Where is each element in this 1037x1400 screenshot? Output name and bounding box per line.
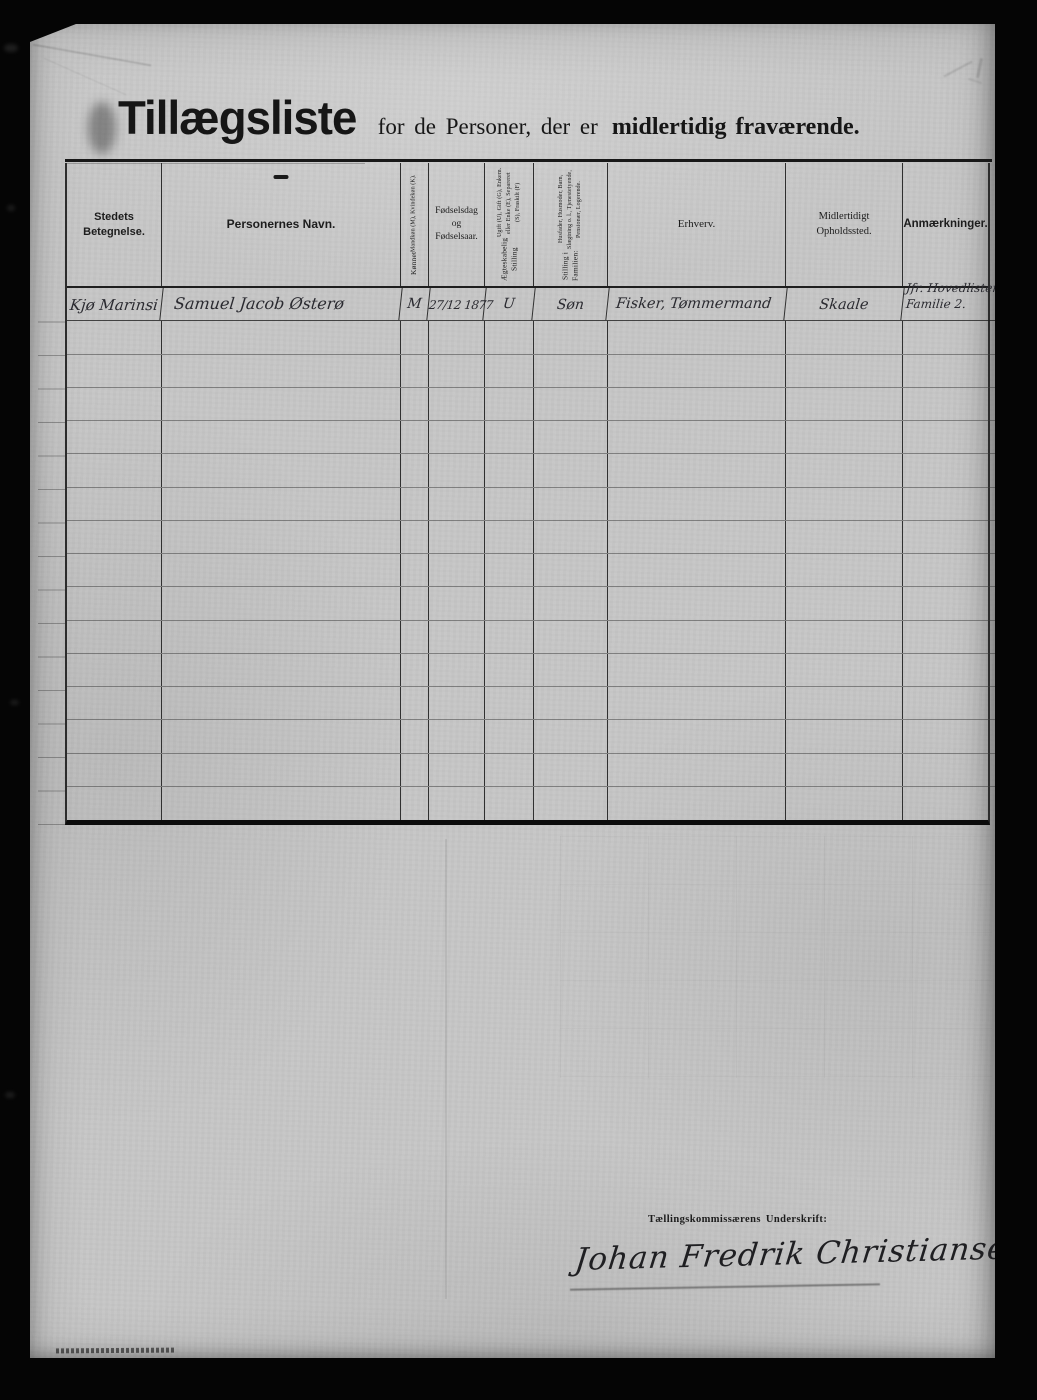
table-cell: Samuel Jacob Østerø [160, 288, 402, 320]
table-cell [534, 687, 608, 719]
table-cell [429, 521, 485, 553]
table-cell [67, 521, 162, 553]
table-cell [786, 355, 903, 387]
table-cell [786, 720, 903, 752]
pencil-mark [943, 61, 972, 78]
table-cell [67, 687, 162, 719]
table-cell: Jfr. HovedlistenFamilie 2. [903, 281, 1000, 313]
table-cell [162, 321, 401, 353]
table-cell [485, 687, 534, 719]
table-cell: U [483, 288, 535, 320]
table-cell [429, 621, 485, 653]
table-cell [162, 754, 401, 786]
table-cell [485, 421, 534, 453]
table-cell [903, 587, 1000, 619]
table-cell [608, 787, 786, 820]
table-cell [485, 754, 534, 786]
table-row [67, 720, 1000, 753]
table-row [67, 754, 1000, 787]
scan-scuff [7, 205, 15, 211]
table-cell [401, 654, 429, 686]
header-family-rotated: Stilling i Familien: Husfader, Husmoder,… [556, 168, 585, 281]
table-cell [429, 321, 485, 353]
census-table: Stedets Betegnelse. Personernes Navn. Kø… [65, 163, 990, 825]
table-cell [67, 488, 162, 520]
table-cell [67, 421, 162, 453]
table-cell [608, 454, 786, 486]
header-name-label: Personernes Navn. [227, 216, 336, 232]
table-cell: Skaale [784, 288, 904, 320]
header-marital-main: Ægteskabelig Stilling [499, 238, 519, 281]
header-birth-line2: og [452, 218, 462, 231]
table-cell [903, 421, 1000, 453]
table-cell [401, 488, 429, 520]
table-row [67, 587, 1000, 620]
table-cell [786, 554, 903, 586]
table-cell [786, 754, 903, 786]
table-cell [485, 521, 534, 553]
horizontal-rule [65, 159, 992, 162]
table-cell: Fisker, Tømmermand [606, 288, 787, 320]
table-cell [67, 554, 162, 586]
table-cell [485, 454, 534, 486]
header-sex-rotated: Kønnet Mandkøn (M), Kvindekøn (K). [408, 168, 420, 281]
table-cell [485, 654, 534, 686]
table-cell [534, 488, 608, 520]
table-cell [903, 787, 1000, 820]
table-cell [608, 687, 786, 719]
table-cell [67, 720, 162, 752]
header-sex-main: Kønnet [409, 252, 419, 275]
table-cell [534, 454, 608, 486]
table-cell [786, 621, 903, 653]
header-stay-line1: Midlertidigt [819, 210, 870, 224]
table-cell [608, 388, 786, 420]
table-cell [162, 587, 401, 619]
header-place-line2: Betegnelse. [83, 225, 145, 240]
table-row [67, 321, 1000, 354]
table-cell [903, 355, 1000, 387]
table-cell [429, 754, 485, 786]
table-cell [903, 554, 1000, 586]
ink-smudge [88, 102, 116, 154]
table-cell [485, 787, 534, 820]
paper-crease [44, 58, 127, 96]
table-cell [903, 388, 1000, 420]
table-cell [162, 421, 401, 453]
table-cell [401, 421, 429, 453]
header-marital-sub: Ugift (U), Gift (G), Enkem. eller Enke (… [496, 168, 523, 238]
table-row [67, 621, 1000, 654]
table-row [67, 554, 1000, 587]
table-cell [67, 587, 162, 619]
table-cell [608, 488, 786, 520]
table-cell [429, 421, 485, 453]
table-cell [534, 355, 608, 387]
table-cell [429, 687, 485, 719]
table-cell [903, 488, 1000, 520]
table-cell [162, 355, 401, 387]
header-sex: Kønnet Mandkøn (M), Kvindekøn (K). [401, 163, 429, 286]
signature-label: Tællingskommissærens Underskrift: [648, 1214, 827, 1225]
table-cell [401, 754, 429, 786]
table-cell [67, 454, 162, 486]
table-cell [903, 754, 1000, 786]
table-cell [534, 621, 608, 653]
header-place: Stedets Betegnelse. [67, 163, 162, 286]
table-cell [67, 621, 162, 653]
table-row [67, 687, 1000, 720]
ruled-line-overflow [38, 289, 65, 825]
signature-flourish [570, 1283, 880, 1290]
table-cell [429, 554, 485, 586]
fold-line [445, 839, 447, 1299]
signature-handwriting: Johan Fredrik Christiansen [573, 1230, 1030, 1278]
table-cell [162, 621, 401, 653]
table-cell [162, 454, 401, 486]
table-cell [608, 554, 786, 586]
table-cell [608, 355, 786, 387]
header-marital: Ægteskabelig Stilling Ugift (U), Gift (G… [485, 163, 534, 286]
table-cell [67, 321, 162, 353]
table-cell [534, 321, 608, 353]
table-cell [903, 521, 1000, 553]
header-birth-line1: Fødselsdag [435, 205, 478, 218]
table-row [67, 388, 1000, 421]
table-cell [429, 488, 485, 520]
header-marital-rotated: Ægteskabelig Stilling Ugift (U), Gift (G… [495, 168, 524, 281]
table-row [67, 654, 1000, 687]
table-cell [429, 454, 485, 486]
table-cell [67, 654, 162, 686]
table-cell [429, 355, 485, 387]
table-body: Kjø MarinsiSamuel Jacob ØsterøM27/12 187… [67, 288, 988, 820]
header-family-sub: Husfader, Husmoder, Barn, Slægtning o. l… [557, 168, 584, 250]
table-cell [608, 654, 786, 686]
table-row [67, 454, 1000, 487]
pencil-mark [976, 58, 983, 78]
table-cell [534, 388, 608, 420]
table-cell [534, 521, 608, 553]
table-cell [401, 554, 429, 586]
table-cell [786, 587, 903, 619]
table-row [67, 521, 1000, 554]
header-birth: Fødselsdag og Fødselsaar. [429, 163, 485, 286]
table-cell [162, 388, 401, 420]
table-row [67, 355, 1000, 388]
table-row [67, 787, 1000, 820]
table-cell [162, 554, 401, 586]
table-header-row: Stedets Betegnelse. Personernes Navn. Kø… [67, 163, 988, 288]
table-cell [534, 787, 608, 820]
table-cell [429, 720, 485, 752]
remark-line: Familie 2. [905, 297, 1001, 313]
table-cell [401, 521, 429, 553]
scan-scuff [4, 44, 18, 52]
table-row: Kjø MarinsiSamuel Jacob ØsterøM27/12 187… [67, 288, 1000, 321]
table-cell [401, 687, 429, 719]
table-cell [786, 654, 903, 686]
table-cell [786, 687, 903, 719]
header-family-main: Stilling i Familien: [560, 250, 580, 281]
table-cell [162, 488, 401, 520]
table-cell [67, 754, 162, 786]
table-cell [429, 388, 485, 420]
table-cell [162, 787, 401, 820]
table-cell [608, 421, 786, 453]
table-cell [608, 754, 786, 786]
table-cell [485, 554, 534, 586]
table-cell [485, 587, 534, 619]
header-occupation: Erhverv. [608, 163, 786, 286]
scanned-form-page: Tillægsliste for de Personer, der er mid… [30, 24, 995, 1358]
table-row [67, 421, 1000, 454]
show-through-grid [560, 836, 992, 1078]
table-cell: M [399, 288, 430, 320]
remark-line: Jfr. Hovedlisten [905, 281, 1001, 297]
title-emphasis: midlertidig fraværende. [612, 114, 860, 141]
pencil-mark [968, 78, 982, 84]
table-cell [401, 621, 429, 653]
header-occupation-label: Erhverv. [678, 217, 715, 232]
table-cell [429, 787, 485, 820]
table-cell [608, 587, 786, 619]
table-cell [429, 654, 485, 686]
table-cell [485, 488, 534, 520]
ink-dash-mark [274, 175, 289, 179]
table-cell [401, 720, 429, 752]
table-cell [786, 321, 903, 353]
table-cell [485, 621, 534, 653]
table-cell [485, 355, 534, 387]
table-cell [401, 355, 429, 387]
table-cell [903, 621, 1000, 653]
table-cell [401, 787, 429, 820]
title-main: Tillægsliste [118, 90, 356, 145]
table-cell [903, 687, 1000, 719]
table-cell [162, 687, 401, 719]
table-cell [608, 321, 786, 353]
table-cell [786, 521, 903, 553]
table-cell: Søn [532, 288, 609, 320]
table-cell [608, 720, 786, 752]
header-remarks: Anmærkninger. [903, 163, 988, 286]
table-cell [485, 720, 534, 752]
table-cell [608, 521, 786, 553]
table-cell [401, 454, 429, 486]
table-cell [67, 388, 162, 420]
scan-scuff [10, 700, 19, 705]
table-cell [534, 554, 608, 586]
table-cell [903, 720, 1000, 752]
table-row [67, 488, 1000, 521]
table-cell [429, 587, 485, 619]
table-cell [534, 654, 608, 686]
table-cell [903, 321, 1000, 353]
table-cell [162, 521, 401, 553]
header-family: Stilling i Familien: Husfader, Husmoder,… [534, 163, 608, 286]
table-cell [67, 355, 162, 387]
table-cell: 27/12 1877 [427, 288, 486, 320]
table-cell [485, 388, 534, 420]
table-cell [401, 388, 429, 420]
table-cell [534, 754, 608, 786]
header-stay: Midlertidigt Opholdssted. [786, 163, 903, 286]
table-cell [903, 454, 1000, 486]
printer-imprint [56, 1348, 174, 1354]
table-cell [786, 454, 903, 486]
table-cell [534, 720, 608, 752]
table-cell [786, 488, 903, 520]
table-cell [401, 587, 429, 619]
header-remarks-label: Anmærkninger. [903, 217, 987, 233]
table-cell [786, 421, 903, 453]
header-stay-line2: Opholdssted. [816, 225, 871, 239]
table-cell [485, 321, 534, 353]
table-cell [534, 421, 608, 453]
header-birth-line3: Fødselsaar. [435, 231, 477, 244]
table-cell: Kjø Marinsi [65, 288, 163, 320]
table-cell [786, 787, 903, 820]
header-name: Personernes Navn. [162, 163, 401, 286]
page-title: Tillægsliste for de Personer, der er mid… [118, 90, 958, 145]
header-place-line1: Stedets [94, 210, 134, 225]
table-cell [67, 787, 162, 820]
table-cell [608, 621, 786, 653]
title-mid: for de Personer, der er [378, 114, 598, 140]
table-cell [401, 321, 429, 353]
table-cell [903, 654, 1000, 686]
paper-crease [33, 44, 151, 66]
table-cell [162, 720, 401, 752]
header-sex-sub: Mandkøn (M), Kvindekøn (K). [410, 174, 419, 252]
table-cell [162, 654, 401, 686]
table-cell [534, 587, 608, 619]
table-cell [786, 388, 903, 420]
scan-scuff [5, 1092, 15, 1098]
